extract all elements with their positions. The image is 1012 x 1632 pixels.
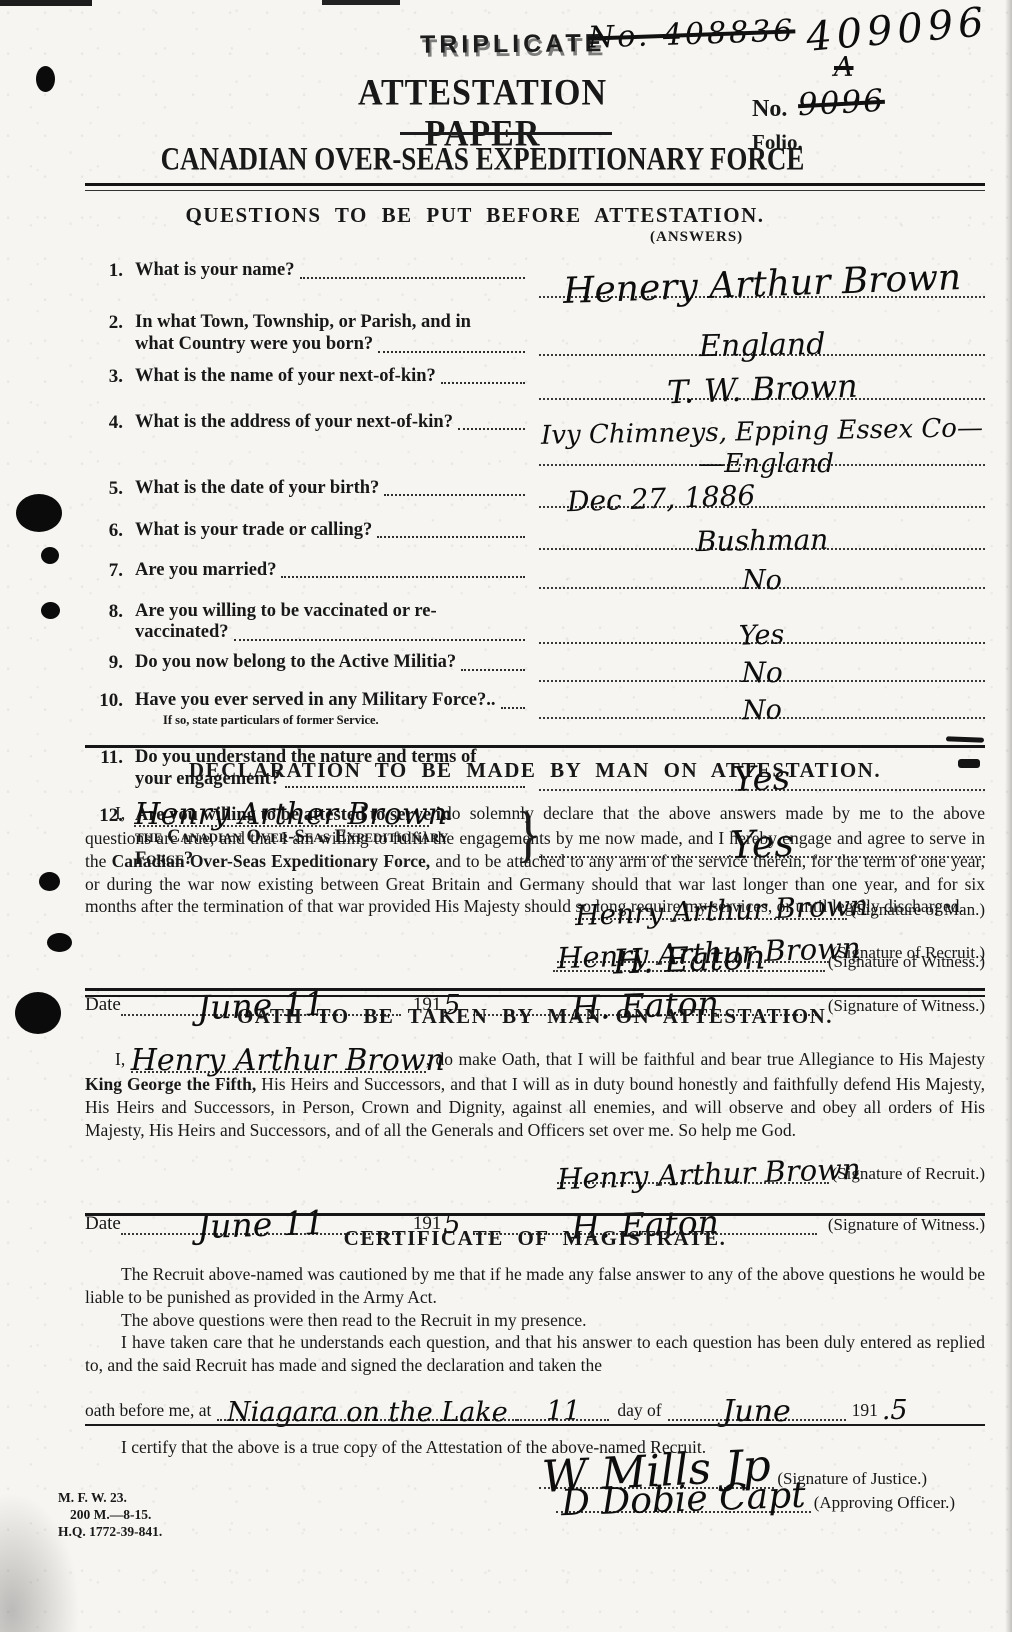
name-fill-line: Henry Arther Brown xyxy=(134,795,429,827)
handwritten-name: Henry Arther Brown xyxy=(134,797,447,832)
question-text: Are you married? xyxy=(135,560,525,589)
signature-label: (Approving Officer.) xyxy=(811,1493,955,1513)
question-text: What is your trade or calling? xyxy=(135,520,525,550)
oath-before-me-label: oath before me, at xyxy=(85,1400,211,1421)
crossed-out-service-number: No. 408836 xyxy=(588,16,796,53)
ink-blot xyxy=(41,547,59,564)
answer-line: Bushman xyxy=(539,520,985,550)
crossed-out-letter: A xyxy=(834,54,854,81)
question-row-3: 3. What is the name of your next-of-kin?… xyxy=(85,366,985,400)
question-number: 8. xyxy=(85,601,135,645)
question-row-6: 6. What is your trade or calling? Bushma… xyxy=(85,520,985,550)
scan-edge-artifact xyxy=(0,0,92,6)
oath-body: , do make Oath, that I will be faithful … xyxy=(426,1049,985,1069)
declaration-heading: DECLARATION TO BE MADE BY MAN ON ATTESTA… xyxy=(85,758,985,783)
declaration-intro: I, xyxy=(115,803,125,823)
handwritten-service-number: 409096 xyxy=(805,2,990,58)
answer-area: Dec 27, 1886 xyxy=(525,478,985,508)
question-line: Are you married? xyxy=(135,560,276,582)
oath-before-me-line: oath before me, at Niagara on the Lake 1… xyxy=(85,1389,985,1421)
certificate-paragraph-3: I have taken care that he understands ea… xyxy=(85,1331,985,1377)
attestation-paper-page: { "glyphs": { "brace": "}" }, "header": … xyxy=(0,0,1012,1632)
question-number: 9. xyxy=(85,652,135,682)
dotted-leader xyxy=(300,277,526,279)
question-text: Are you willing to be vaccinated or re- … xyxy=(135,601,525,645)
handwritten-answer: Yes xyxy=(739,622,785,651)
crossed-out-no-value: 9096 xyxy=(797,86,885,122)
ink-blot xyxy=(36,66,55,92)
answer-area: T. W. Brown xyxy=(525,366,985,400)
question-text: What is your name? xyxy=(135,260,525,298)
ink-blot xyxy=(16,494,62,532)
handwritten-answer-overflow: —England xyxy=(698,451,834,477)
certificate-paragraph-2: The above questions were then read to th… xyxy=(85,1309,985,1332)
answer-area: Yes xyxy=(525,601,985,645)
question-row-1: 1. What is your name? Henery Arthur Brow… xyxy=(85,260,985,298)
answer-line: Ivy Chimneys, Epping Essex Co— —England xyxy=(539,412,985,466)
ink-blot xyxy=(47,933,72,952)
signature-line: D Dobie Capt xyxy=(556,1475,811,1513)
dotted-leader xyxy=(377,536,525,538)
signature-of-recruit-row: Henry Arthur Brown (Signature of Recruit… xyxy=(85,1153,985,1184)
answer-line: No xyxy=(539,690,985,719)
true-copy-block: I certify that the above is a true copy … xyxy=(85,1436,985,1513)
handwritten-answer: Ivy Chimneys, Epping Essex Co— xyxy=(541,415,983,449)
section-divider xyxy=(85,1213,985,1216)
certificate-paragraph-1: The Recruit above-named was cautioned by… xyxy=(85,1263,985,1309)
dotted-leader xyxy=(384,494,525,496)
handwritten-answer: Henery Arthur Brown xyxy=(562,260,961,310)
question-text: In what Town, Township, or Parish, and i… xyxy=(135,312,525,356)
dotted-leader xyxy=(281,576,525,578)
month-fill-line: June xyxy=(668,1389,846,1421)
day-fill-line: 11 xyxy=(517,1392,609,1421)
answer-area: No xyxy=(525,652,985,682)
handwritten-signature: D Dobie Capt xyxy=(560,1477,806,1522)
section-divider xyxy=(85,745,985,748)
question-line: Do you now belong to the Active Militia? xyxy=(135,652,456,674)
form-code-line: H.Q. 1772-39-841. xyxy=(58,1524,162,1541)
question-number: 1. xyxy=(85,260,135,298)
answer-line: Yes xyxy=(539,615,985,644)
triplicate-stamp: TRIPLICATE xyxy=(420,29,606,60)
ink-blot xyxy=(41,602,60,619)
no-label: No. xyxy=(752,96,787,123)
dotted-leader xyxy=(441,382,525,384)
title-divider xyxy=(400,132,612,135)
answer-area: Ivy Chimneys, Epping Essex Co— —England xyxy=(525,412,985,466)
question-text: Do you now belong to the Active Militia? xyxy=(135,652,525,682)
form-code-line: M. F. W. 23. xyxy=(58,1490,162,1507)
printed-year: 191 xyxy=(852,1400,878,1421)
dotted-leader xyxy=(234,639,525,641)
question-text: What is the name of your next-of-kin? xyxy=(135,366,525,400)
scan-edge-artifact xyxy=(322,0,400,5)
question-line: Have you ever served in any Military For… xyxy=(135,690,496,712)
answer-area: No xyxy=(525,690,985,737)
ink-blot xyxy=(39,872,60,891)
oath-paragraph: I, Henry Arthur Brown, do make Oath, tha… xyxy=(85,1041,985,1141)
question-line: What is the date of your birth? xyxy=(135,478,379,500)
dotted-leader xyxy=(458,428,525,430)
question-line: In what Town, Township, or Parish, and i… xyxy=(135,312,525,334)
name-fill-line: Henry Arthur Brown xyxy=(131,1041,426,1073)
signature-of-recruit-row: Henry Arthur Brown (Signature of Recruit… xyxy=(85,932,985,963)
question-line: What is your trade or calling? xyxy=(135,520,372,542)
question-number: 7. xyxy=(85,560,135,589)
handwritten-signature: Henry Arthur Brown xyxy=(556,1155,860,1195)
declaration-bold-phrase: Canadian Over-Seas Expeditionary Force, xyxy=(112,851,431,871)
question-row-7: 7. Are you married? No xyxy=(85,560,985,589)
signature-line: Henry Arthur Brown xyxy=(557,1153,829,1184)
approving-officer-row: D Dobie Capt (Approving Officer.) xyxy=(85,1475,955,1513)
questions-heading: QUESTIONS TO BE PUT BEFORE ATTESTATION. xyxy=(135,203,815,228)
question-number: 5. xyxy=(85,478,135,508)
question-number: 3. xyxy=(85,366,135,400)
form-code-line: 200 M.—8-15. xyxy=(70,1507,162,1524)
answer-area: Bushman xyxy=(525,520,985,550)
question-number: 6. xyxy=(85,520,135,550)
handwritten-answer: Dec 27, 1886 xyxy=(567,481,756,516)
handwritten-name: Henry Arthur Brown xyxy=(131,1043,445,1078)
scan-edge-artifact xyxy=(1005,0,1012,1632)
dotted-leader xyxy=(501,707,525,709)
declaration-section: DECLARATION TO BE MADE BY MAN ON ATTESTA… xyxy=(85,758,985,1016)
question-row-4: 4. What is the address of your next-of-k… xyxy=(85,412,985,466)
certify-line: I certify that the above is a true copy … xyxy=(85,1436,985,1459)
question-line: What is the address of your next-of-kin? xyxy=(135,412,453,434)
answer-area: No xyxy=(525,560,985,589)
dotted-leader xyxy=(378,351,525,353)
handwritten-answer: No xyxy=(742,697,782,725)
handwritten-year-digit: .5 xyxy=(882,1397,908,1424)
place-fill-line: Niagara on the Lake xyxy=(217,1392,517,1421)
ink-blot xyxy=(15,992,61,1034)
question-line: What is the name of your next-of-kin? xyxy=(135,366,436,388)
question-text: What is the date of your birth? xyxy=(135,478,525,508)
form-footer: M. F. W. 23. 200 M.—8-15. H.Q. 1772-39-8… xyxy=(58,1490,162,1541)
answer-area: Henery Arthur Brown xyxy=(525,260,985,298)
question-line: what Country were you born? xyxy=(135,334,373,356)
oath-section: OATH TO BE TAKEN BY MAN ON ATTESTATION. … xyxy=(85,1004,985,1235)
header-divider xyxy=(85,183,985,191)
question-number: 10. xyxy=(85,690,135,737)
question-number: 4. xyxy=(85,412,135,466)
question-row-8: 8. Are you willing to be vaccinated or r… xyxy=(85,601,985,645)
declaration-paragraph: I, Henry Arther Brown, do solemnly decla… xyxy=(85,795,985,918)
section-divider xyxy=(85,1424,985,1426)
handwritten-day: 11 xyxy=(546,1396,580,1427)
question-row-10: 10. Have you ever served in any Military… xyxy=(85,690,985,737)
question-row-5: 5. What is the date of your birth? Dec 2… xyxy=(85,478,985,508)
question-line: What is your name? xyxy=(135,260,295,282)
handwritten-signature: Henry Arthur Brown xyxy=(556,934,860,974)
question-line: vaccinated? xyxy=(135,622,229,644)
question-text: Have you ever served in any Military For… xyxy=(135,690,525,737)
question-note: If so, state particulars of former Servi… xyxy=(163,713,525,728)
question-number: 2. xyxy=(85,312,135,356)
section-divider xyxy=(85,988,985,997)
handwritten-answer: No xyxy=(742,567,782,594)
answer-line: Dec 27, 1886 xyxy=(539,478,985,508)
answer-line: England xyxy=(539,324,985,356)
question-line: Are you willing to be vaccinated or re- xyxy=(135,601,525,623)
page-subtitle: CANADIAN OVER-SEAS EXPEDITIONARY FORCE xyxy=(160,140,805,178)
oath-intro: I, xyxy=(115,1049,125,1069)
answer-line: No xyxy=(539,652,985,682)
answer-line: T. W. Brown xyxy=(539,366,985,400)
handwritten-answer: England xyxy=(699,330,826,362)
handwritten-answer: No xyxy=(741,659,782,687)
answers-column-label: (ANSWERS) xyxy=(650,229,985,246)
oath-heading: OATH TO BE TAKEN BY MAN ON ATTESTATION. xyxy=(85,1004,985,1029)
answer-line: Henery Arthur Brown xyxy=(539,260,985,298)
handwritten-answer: Bushman xyxy=(696,526,829,556)
certificate-heading: CERTIFICATE OF MAGISTRATE. xyxy=(85,1226,985,1251)
question-row-2: 2. In what Town, Township, or Parish, an… xyxy=(85,312,985,356)
answer-line: No xyxy=(539,560,985,589)
question-text: What is the address of your next-of-kin? xyxy=(135,412,525,466)
handwritten-answer: T. W. Brown xyxy=(666,369,858,408)
answer-area: England xyxy=(525,312,985,356)
signature-line: Henry Arthur Brown xyxy=(557,932,829,963)
day-of-label: day of xyxy=(617,1400,661,1421)
dotted-leader xyxy=(461,669,525,671)
question-row-9: 9. Do you now belong to the Active Milit… xyxy=(85,652,985,682)
